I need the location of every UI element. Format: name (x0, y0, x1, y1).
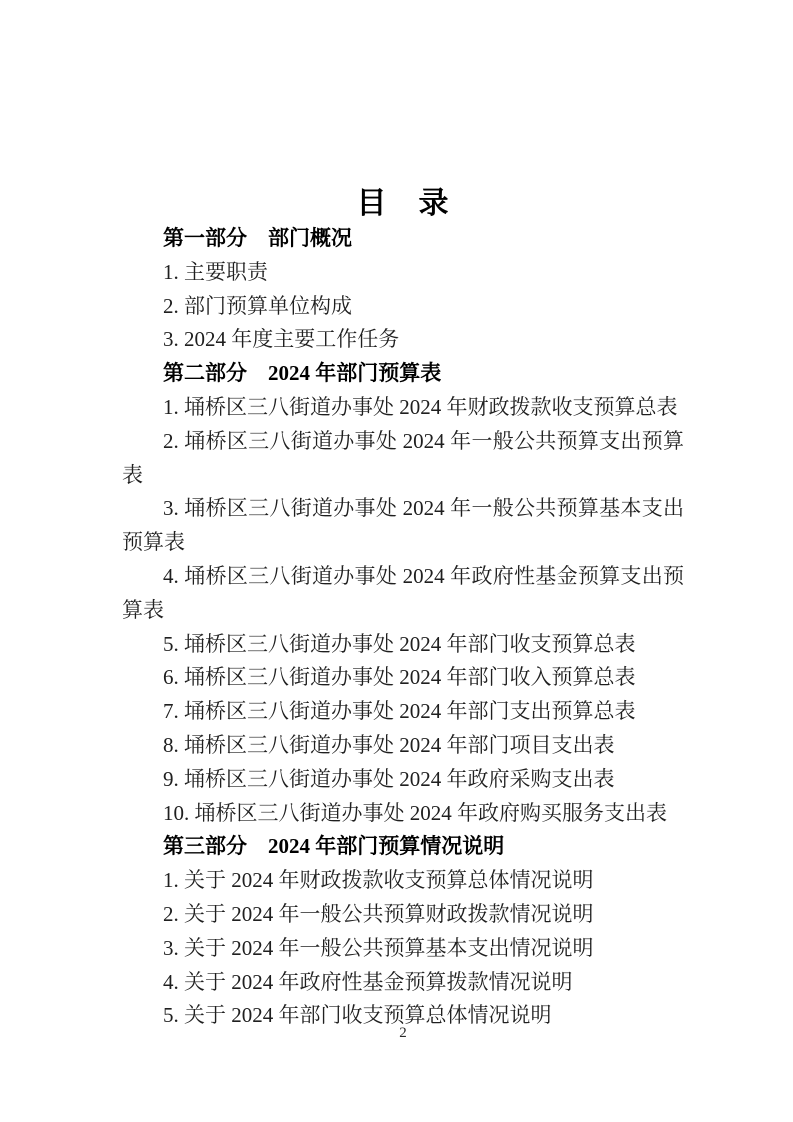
page-number: 2 (122, 1023, 684, 1043)
toc-line: 6. 埇桥区三八街道办事处 2024 年部门收入预算总表 (122, 661, 684, 695)
page-title: 目 录 (122, 187, 684, 221)
toc-line: 表 (122, 459, 684, 493)
toc-line: 4. 埇桥区三八街道办事处 2024 年政府性基金预算支出预 (122, 560, 684, 594)
toc-section-heading: 第二部分 2024 年部门预算表 (122, 357, 684, 391)
toc-line: 1. 关于 2024 年财政拨款收支预算总体情况说明 (122, 864, 684, 898)
toc-line: 9. 埇桥区三八街道办事处 2024 年政府采购支出表 (122, 763, 684, 797)
toc-line: 10. 埇桥区三八街道办事处 2024 年政府购买服务支出表 (122, 797, 684, 831)
toc-line: 算表 (122, 594, 684, 628)
toc-line: 预算表 (122, 526, 684, 560)
toc-line: 4. 关于 2024 年政府性基金预算拨款情况说明 (122, 966, 684, 1000)
toc-section-heading: 第三部分 2024 年部门预算情况说明 (122, 830, 684, 864)
toc-line: 1. 主要职责 (122, 256, 684, 290)
document-page: 目 录 第一部分 部门概况1. 主要职责2. 部门预算单位构成3. 2024 年… (0, 0, 793, 1122)
toc-line: 1. 埇桥区三八街道办事处 2024 年财政拨款收支预算总表 (122, 391, 684, 425)
toc-line: 8. 埇桥区三八街道办事处 2024 年部门项目支出表 (122, 729, 684, 763)
toc-line: 5. 埇桥区三八街道办事处 2024 年部门收支预算总表 (122, 628, 684, 662)
toc-line: 3. 埇桥区三八街道办事处 2024 年一般公共预算基本支出 (122, 492, 684, 526)
toc-line: 7. 埇桥区三八街道办事处 2024 年部门支出预算总表 (122, 695, 684, 729)
toc-section-heading: 第一部分 部门概况 (122, 222, 684, 256)
toc-line: 3. 2024 年度主要工作任务 (122, 323, 684, 357)
toc-line: 2. 部门预算单位构成 (122, 290, 684, 324)
toc-line: 3. 关于 2024 年一般公共预算基本支出情况说明 (122, 932, 684, 966)
toc-line: 2. 埇桥区三八街道办事处 2024 年一般公共预算支出预算 (122, 425, 684, 459)
table-of-contents: 第一部分 部门概况1. 主要职责2. 部门预算单位构成3. 2024 年度主要工… (122, 222, 684, 1033)
toc-line: 2. 关于 2024 年一般公共预算财政拨款情况说明 (122, 898, 684, 932)
